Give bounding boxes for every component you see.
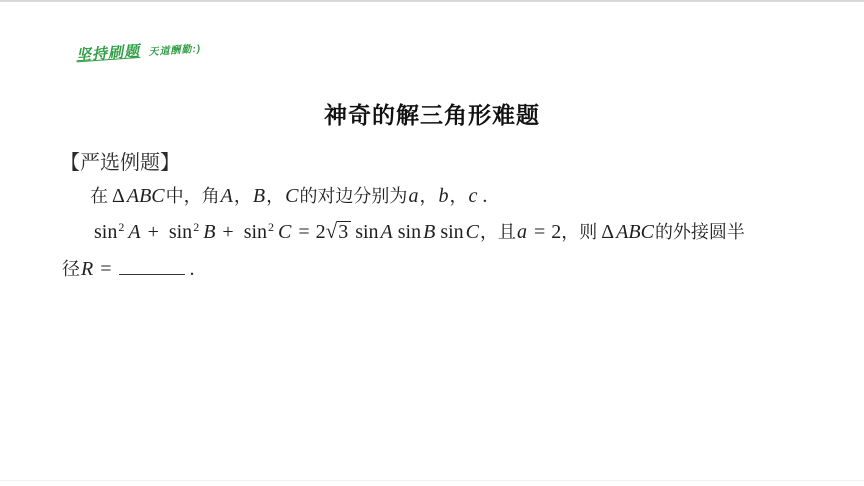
math-token-fn: sin xyxy=(355,221,378,243)
worksheet-page: { "page": { "background": "#ffffff", "to… xyxy=(0,0,864,486)
watermark-text-main: 坚持刷题 xyxy=(76,43,141,64)
math-token-cn: 在 xyxy=(90,186,108,206)
top-edge-line xyxy=(0,0,864,2)
math-token-var: c xyxy=(468,185,477,207)
math-token-sup: 2 xyxy=(193,220,199,234)
math-token-op: = xyxy=(534,221,545,243)
math-token-cn: 径 xyxy=(62,259,80,279)
math-token-fn: . xyxy=(190,258,195,280)
math-token-var: A xyxy=(381,221,393,243)
math-token-var: A xyxy=(221,185,233,207)
math-token-var: a xyxy=(408,185,418,207)
math-token-var: C xyxy=(466,221,479,243)
math-token-blank xyxy=(119,260,185,275)
math-token-fn: sin xyxy=(440,221,463,243)
math-token-var: R xyxy=(81,258,93,280)
math-token-var: B xyxy=(203,221,215,243)
math-token-var: a xyxy=(517,221,527,243)
math-token-var: b xyxy=(438,185,448,207)
math-token-cn: 中，角 xyxy=(166,186,220,206)
math-token-var: A xyxy=(128,221,140,243)
math-token-sup: 2 xyxy=(118,220,124,234)
math-token-var: ABC xyxy=(127,185,165,207)
section-label: 【严选例题】 xyxy=(60,146,180,175)
math-token-cn: ， xyxy=(266,186,284,206)
watermark-text-sub: 天道酬勤:) xyxy=(148,44,201,59)
math-token-fn: sin xyxy=(169,221,192,243)
math-token-cn: ， xyxy=(234,186,252,206)
math-token-cn: 的对边分别为 xyxy=(299,186,407,206)
math-token-cn: ，且 xyxy=(480,222,516,242)
math-token-fn: Δ xyxy=(601,221,614,243)
math-token-sup: 2 xyxy=(268,220,274,234)
problem-equation-line: sin2A+sin2B+sin2C=2√3sinAsinBsinC，且a=2，则… xyxy=(90,216,745,247)
math-token-var: C xyxy=(278,221,291,243)
problem-answer-blank-line: 径R=. xyxy=(62,254,196,284)
problem-setup-line: 在ΔABC中，角A，B，C的对边分别为a，b，c. xyxy=(90,181,488,211)
math-token-cn: 的外接圆半 xyxy=(655,222,745,242)
math-token-fn: sin xyxy=(94,221,117,243)
math-token-num: 2 xyxy=(551,221,561,243)
channel-watermark: 坚持刷题 天道酬勤:) xyxy=(76,40,202,65)
math-token-num: 2 xyxy=(316,221,326,243)
math-token-fn: sin xyxy=(398,221,421,243)
math-token-var: B xyxy=(423,221,435,243)
math-token-cn: ，则 xyxy=(561,222,597,242)
math-token-var: C xyxy=(285,185,298,207)
math-token-fn: . xyxy=(482,185,487,207)
math-token-cn: ， xyxy=(419,186,437,206)
math-token-fn: Δ xyxy=(112,185,125,207)
math-token-op: + xyxy=(222,221,233,243)
math-token-var: ABC xyxy=(616,221,654,243)
page-title: 神奇的解三角形难题 xyxy=(0,97,864,130)
math-token-sqrt: √3 xyxy=(326,219,352,243)
bottom-edge-line xyxy=(0,480,864,481)
math-token-op: = xyxy=(298,221,309,243)
math-token-op: = xyxy=(100,258,111,280)
math-token-cn: ， xyxy=(449,186,467,206)
math-token-op: + xyxy=(148,221,159,243)
math-token-var: B xyxy=(253,185,265,207)
math-token-fn: sin xyxy=(244,221,267,243)
